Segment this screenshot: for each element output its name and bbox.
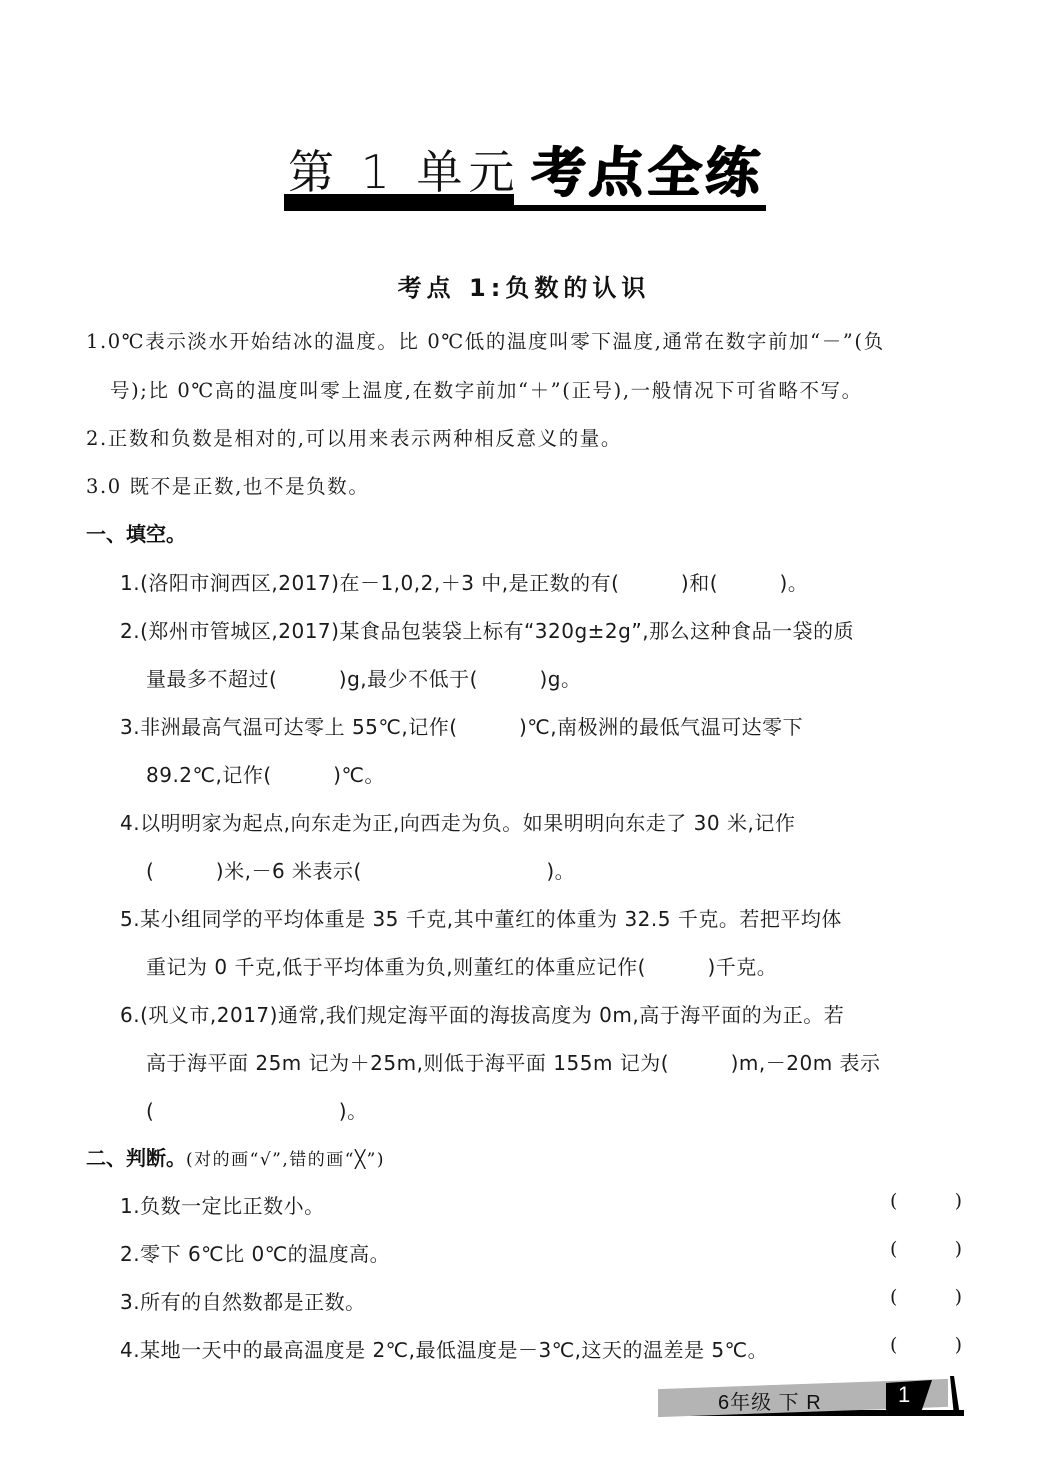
unit-title: 第 1 单元 考点全练 bbox=[284, 128, 766, 212]
knowledge-point-1-line-2: 号);比 0℃高的温度叫零上温度,在数字前加“＋”(正号),一般情况下可省略不写… bbox=[110, 375, 863, 403]
fill-q2-line-1: 2.(郑州市管城区,2017)某食品包装袋上标有“320g±2g”,那么这种食品… bbox=[120, 615, 854, 644]
fill-q4-line-1: 4.以明明家为起点,向东走为正,向西走为负。如果明明向东走了 30 米,记作 bbox=[120, 807, 795, 836]
paren-open: ( bbox=[890, 1190, 897, 1212]
knowledge-point-2: 2.正数和负数是相对的,可以用来表示两种相反意义的量。 bbox=[86, 423, 622, 451]
footer-badge: 6年级 下 R 1 bbox=[658, 1376, 964, 1420]
fill-q4-line-2: ( )米,－6 米表示( )。 bbox=[146, 855, 575, 884]
fill-q3-line-2: 89.2℃,记作( )℃。 bbox=[146, 759, 385, 788]
fill-in-title: 一、填空。 bbox=[86, 518, 186, 547]
judge-q1-answer[interactable]: ( ) bbox=[890, 1190, 962, 1212]
judge-q1: 1.负数一定比正数小。 bbox=[120, 1190, 325, 1219]
paren-open: ( bbox=[890, 1238, 897, 1260]
knowledge-point-3: 3.0 既不是正数,也不是负数。 bbox=[86, 471, 370, 499]
judge-title-label: 二、判断。 bbox=[86, 1146, 186, 1170]
fill-q1-line-1: 1.(洛阳市涧西区,2017)在－1,0,2,＋3 中,是正数的有( )和( )… bbox=[120, 567, 808, 596]
fill-q2-line-2: 量最多不超过( )g,最少不低于( )g。 bbox=[146, 663, 581, 692]
paren-close: ) bbox=[955, 1286, 962, 1308]
title-underline-thick bbox=[284, 194, 514, 211]
judge-q4-answer[interactable]: ( ) bbox=[890, 1334, 962, 1356]
judge-title-note: (对的画“√”,错的画“╳”) bbox=[186, 1150, 385, 1170]
judge-q3-answer[interactable]: ( ) bbox=[890, 1286, 962, 1308]
fill-q3-line-1: 3.非洲最高气温可达零上 55℃,记作( )℃,南极洲的最低气温可达零下 bbox=[120, 711, 803, 740]
judge-q3: 3.所有的自然数都是正数。 bbox=[120, 1286, 366, 1315]
grade-label: 6年级 下 R bbox=[718, 1386, 822, 1415]
paren-close: ) bbox=[955, 1190, 962, 1212]
paren-close: ) bbox=[955, 1238, 962, 1260]
fill-q5-line-2: 重记为 0 千克,低于平均体重为负,则董红的体重应记作( )千克。 bbox=[146, 951, 777, 980]
fill-q6-line-2: 高于海平面 25m 记为＋25m,则低于海平面 155m 记为( )m,－20m… bbox=[146, 1047, 881, 1076]
section-heading: 考点 1:负数的认识 bbox=[0, 268, 1048, 303]
paren-close: ) bbox=[955, 1334, 962, 1356]
paren-open: ( bbox=[890, 1286, 897, 1308]
title-emphasis: 考点全练 bbox=[529, 130, 766, 207]
unit-label: 第 1 单元 bbox=[288, 136, 521, 202]
page-number: 1 bbox=[898, 1382, 910, 1408]
fill-q5-line-1: 5.某小组同学的平均体重是 35 千克,其中董红的体重为 32.5 千克。若把平… bbox=[120, 903, 842, 932]
knowledge-point-1-line-1: 1.0℃表示淡水开始结冰的温度。比 0℃低的温度叫零下温度,通常在数字前加“－”… bbox=[86, 326, 885, 354]
judge-q4: 4.某地一天中的最高温度是 2℃,最低温度是－3℃,这天的温差是 5℃。 bbox=[120, 1334, 768, 1363]
title-underline-thin bbox=[514, 205, 766, 211]
judge-q2-answer[interactable]: ( ) bbox=[890, 1238, 962, 1260]
judge-title: 二、判断。(对的画“√”,错的画“╳”) bbox=[86, 1142, 385, 1171]
paren-open: ( bbox=[890, 1334, 897, 1356]
judge-q2: 2.零下 6℃比 0℃的温度高。 bbox=[120, 1238, 390, 1267]
fill-q6-line-1: 6.(巩义市,2017)通常,我们规定海平面的海拔高度为 0m,高于海平面的为正… bbox=[120, 999, 844, 1028]
fill-q6-line-3: ( )。 bbox=[146, 1095, 368, 1124]
